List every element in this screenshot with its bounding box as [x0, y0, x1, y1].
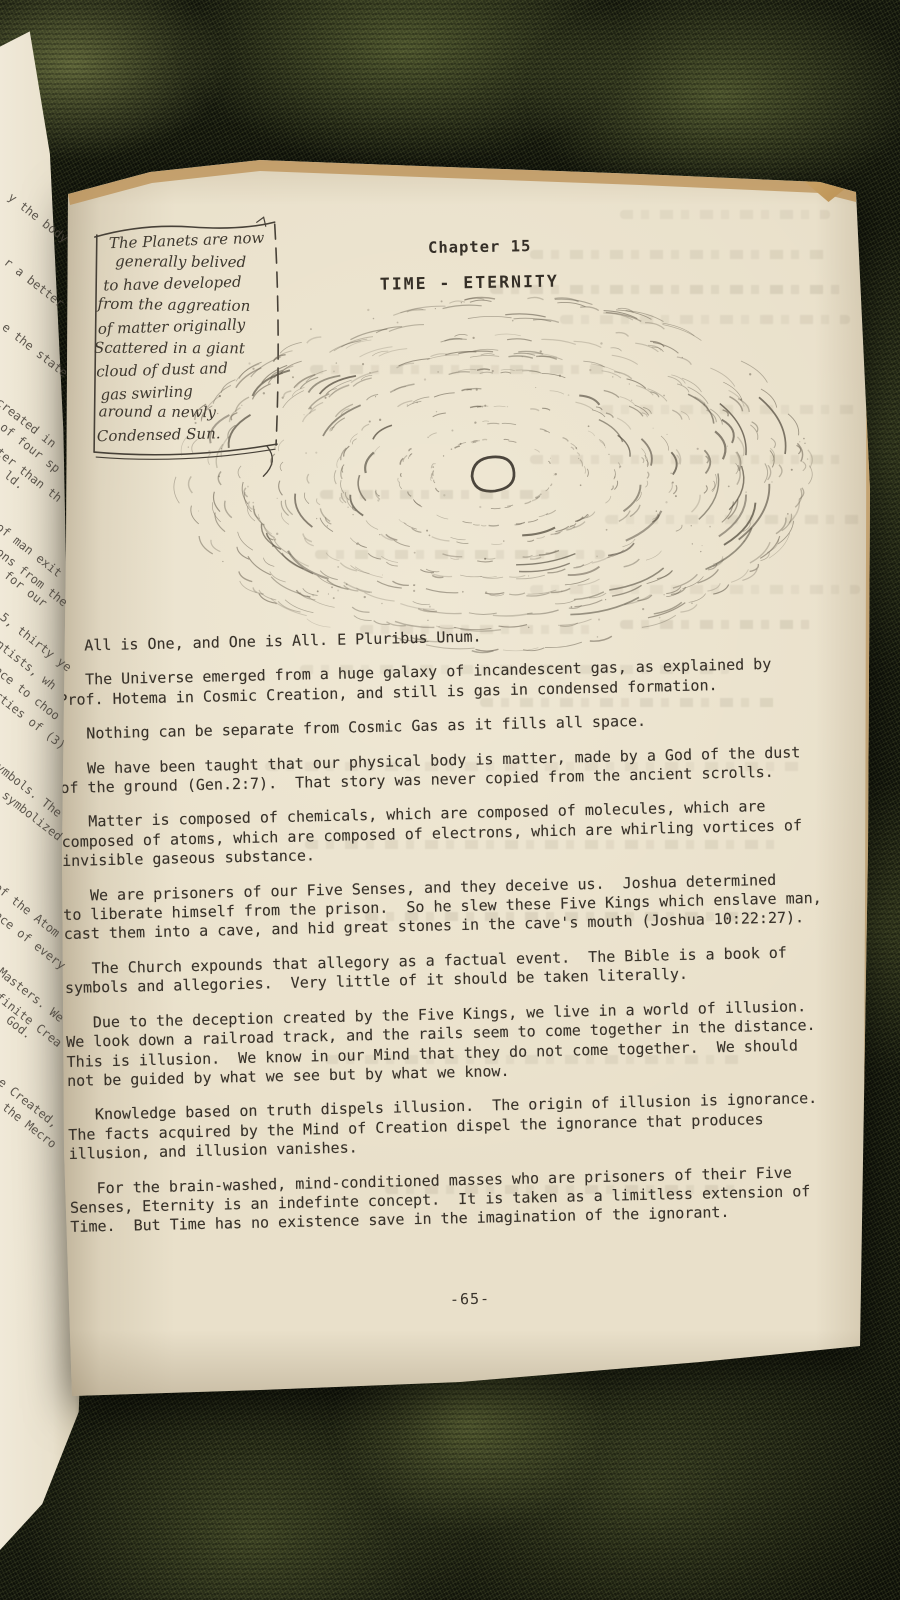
- nebula-dash: [460, 575, 482, 577]
- nebula-dash: [795, 488, 802, 507]
- paragraph: The Universe emerged from a huge galaxy …: [58, 653, 853, 710]
- nebula-dash: [507, 505, 513, 506]
- nebula-dash: [307, 474, 309, 484]
- nebula-swirl-stroke: [599, 419, 623, 442]
- nebula-dash: [676, 525, 682, 531]
- nebula-dot: [305, 452, 307, 454]
- nebula-dash: [280, 462, 283, 471]
- condensed-sun-circle: [472, 457, 515, 492]
- nebula-dash: [362, 424, 370, 430]
- nebula-swirl-stroke: [728, 466, 744, 510]
- nebula-dot: [441, 300, 443, 302]
- nebula-dash: [273, 351, 292, 362]
- nebula-dash: [454, 334, 467, 336]
- nebula-dash: [450, 537, 465, 540]
- nebula-dot: [461, 302, 462, 303]
- nebula-dash: [379, 349, 408, 357]
- nebula-dash: [259, 593, 276, 603]
- nebula-dot: [369, 420, 371, 422]
- nebula-dot: [195, 422, 197, 424]
- nebula-dash: [331, 418, 345, 431]
- nebula-dash: [392, 581, 408, 586]
- nebula-dash: [264, 524, 275, 538]
- nebula-dash: [650, 392, 658, 398]
- nebula-dot: [663, 594, 664, 595]
- nebula-dash: [393, 310, 426, 316]
- nebula-dot: [443, 455, 444, 456]
- nebula-dash: [533, 319, 559, 323]
- nebula-dash: [463, 521, 472, 523]
- nebula-dash: [399, 519, 406, 524]
- nebula-dot: [555, 473, 557, 475]
- nebula-dash: [764, 463, 768, 482]
- nebula-dash: [504, 439, 509, 440]
- nebula-dot: [217, 413, 218, 414]
- nebula-dash: [736, 463, 739, 474]
- nebula-dash: [505, 506, 511, 507]
- nebula-dash: [355, 566, 383, 578]
- nebula-dot: [653, 428, 654, 429]
- nebula-dot: [600, 342, 602, 344]
- nebula-swirl-stroke: [618, 435, 631, 457]
- bleedthrough-stripe: [320, 490, 550, 499]
- nebula-swirl-stroke: [568, 567, 600, 575]
- nebula-dash: [433, 471, 434, 476]
- nebula-dash: [502, 423, 516, 425]
- nebula-dot: [434, 463, 435, 464]
- nebula-dash: [334, 339, 368, 351]
- nebula-dot: [303, 414, 304, 415]
- nebula-dash: [340, 562, 357, 571]
- nebula-dash: [491, 508, 501, 509]
- page-content: The Planets are nowgenerally belivedto h…: [60, 150, 875, 1405]
- nebula-dash: [677, 384, 689, 393]
- nebula-dot: [803, 438, 805, 440]
- nebula-dash: [472, 442, 476, 443]
- nebula-swirl-stroke: [522, 528, 555, 536]
- nebula-dot: [598, 618, 600, 620]
- nebula-dash: [390, 384, 415, 392]
- nebula-dot: [382, 574, 383, 575]
- paragraph: We have been taught that our physical bo…: [60, 742, 855, 799]
- nebula-dash: [509, 575, 525, 577]
- nebula-swirl-stroke: [295, 493, 313, 527]
- nebula-dash: [494, 406, 506, 407]
- nebula-dash: [352, 607, 369, 613]
- nebula-dash: [576, 561, 593, 566]
- nebula-dash: [285, 599, 313, 613]
- nebula-dash: [407, 401, 422, 406]
- nebula-dot: [429, 535, 431, 537]
- nebula-dash: [188, 476, 192, 493]
- nebula-dot: [348, 507, 349, 508]
- nebula-dot: [791, 469, 793, 471]
- nebula-dash: [308, 394, 329, 409]
- nebula-dash: [614, 469, 616, 479]
- nebula-dash: [645, 481, 648, 487]
- nebula-dash: [682, 378, 702, 393]
- nebula-dot: [709, 526, 711, 528]
- nebula-dot: [631, 400, 632, 401]
- nebula-dot: [188, 446, 189, 447]
- nebula-dash: [677, 357, 691, 365]
- nebula-dash: [808, 466, 812, 485]
- paragraph: Matter is composed of chemicals, which a…: [61, 795, 856, 871]
- nebula-dash: [542, 408, 550, 410]
- nebula-dash: [302, 409, 316, 422]
- nebula-dash: [573, 565, 584, 568]
- nebula-dash: [469, 612, 497, 614]
- nebula-dot: [472, 337, 474, 339]
- nebula-dash: [238, 466, 241, 478]
- nebula-dash: [181, 434, 190, 456]
- nebula-dash: [393, 540, 409, 547]
- nebula-dash: [616, 332, 629, 336]
- nebula-dash: [320, 518, 333, 532]
- nebula-dot: [247, 486, 249, 488]
- nebula-dash: [307, 595, 335, 608]
- nebula-dot: [667, 434, 668, 435]
- nebula-dash: [648, 345, 661, 351]
- nebula-dot: [373, 318, 375, 320]
- nebula-dash: [710, 368, 735, 387]
- nebula-dash: [437, 515, 449, 520]
- nebula-dash: [248, 556, 271, 575]
- nebula-dot: [642, 608, 644, 610]
- nebula-dot: [451, 429, 453, 431]
- nebula-dot: [276, 533, 278, 535]
- nebula-dash: [271, 576, 300, 594]
- nebula-dash: [544, 431, 549, 433]
- nebula-dash: [213, 385, 231, 403]
- nebula-dash: [653, 342, 678, 354]
- nebula-dash: [443, 305, 482, 309]
- nebula-dot: [745, 491, 746, 492]
- nebula-dash: [191, 506, 199, 525]
- nebula-dot: [331, 586, 333, 588]
- nebula-dash: [398, 478, 399, 482]
- nebula-dot: [670, 473, 671, 474]
- nebula-dot: [429, 606, 431, 608]
- nebula-dot: [377, 499, 379, 501]
- nebula-dash: [546, 510, 556, 515]
- nebula-dash: [650, 341, 664, 347]
- nebula-dash: [580, 307, 599, 311]
- nebula-dash: [509, 441, 517, 443]
- nebula-dash: [731, 569, 749, 582]
- bleedthrough-stripe: [530, 250, 830, 259]
- nebula-dash: [778, 521, 794, 544]
- nebula-dash: [296, 375, 315, 387]
- nebula-dash: [433, 413, 446, 417]
- spiral-nebula-drawing: [161, 282, 822, 665]
- bleedthrough-stripe: [560, 315, 850, 324]
- nebula-swirl-stroke: [698, 473, 719, 519]
- nebula-dash: [273, 355, 285, 362]
- nebula-dash: [350, 329, 387, 340]
- nebula-dash: [647, 472, 649, 479]
- nebula-dash: [399, 482, 402, 489]
- nebula-swirl-stroke: [365, 452, 374, 473]
- nebula-dash: [174, 477, 180, 504]
- nebula-dot: [364, 596, 366, 598]
- nebula-dot: [336, 362, 338, 364]
- nebula-dot: [659, 617, 661, 619]
- nebula-dash: [264, 558, 275, 567]
- paragraph: Due to the deception created by the Five…: [66, 996, 862, 1092]
- nebula-dash: [413, 499, 421, 506]
- nebula-dot: [629, 383, 630, 384]
- nebula-dot: [324, 397, 326, 399]
- nebula-dot: [379, 534, 380, 535]
- nebula-dash: [342, 465, 345, 473]
- nebula-dash: [588, 431, 595, 436]
- page-number: -65-: [370, 1288, 570, 1311]
- nebula-dash: [458, 443, 466, 446]
- nebula-dash: [307, 618, 331, 627]
- nebula-dash: [663, 323, 695, 337]
- nebula-dash: [611, 486, 613, 490]
- nebula-dot: [665, 501, 667, 503]
- nebula-dash: [213, 492, 220, 512]
- nebula-dot: [580, 484, 582, 486]
- nebula-dash: [432, 536, 450, 541]
- nebula-dash: [570, 523, 576, 526]
- nebula-dash: [527, 297, 543, 300]
- nebula-dash: [386, 562, 397, 566]
- nebula-dash: [771, 438, 776, 448]
- nebula-dash: [412, 528, 422, 532]
- paragraph: We are prisoners of our Five Senses, and…: [63, 869, 858, 945]
- nebula-dot: [460, 443, 462, 445]
- nebula-dash: [211, 540, 221, 552]
- photo-of-open-book: The Planets are nowgenerally belivedto h…: [0, 0, 900, 1600]
- nebula-dash: [482, 439, 487, 440]
- nebula-dash: [279, 481, 283, 496]
- nebula-dash: [673, 485, 677, 494]
- nebula-dot: [692, 543, 693, 544]
- nebula-dash: [258, 514, 271, 535]
- nebula-dash: [225, 501, 232, 518]
- nebula-dash: [550, 484, 552, 486]
- nebula-dash: [624, 559, 640, 567]
- nebula-dash: [495, 334, 521, 336]
- nebula-dash: [481, 525, 486, 526]
- nebula-dash: [278, 440, 284, 451]
- nebula-dash: [470, 300, 492, 302]
- nebula-dash: [491, 544, 502, 545]
- nebula-dot: [479, 506, 481, 508]
- nebula-dot: [606, 529, 608, 531]
- nebula-dot: [263, 392, 265, 394]
- nebula-dot: [241, 405, 242, 406]
- nebula-swirl-stroke: [319, 376, 356, 394]
- nebula-dash: [587, 469, 588, 477]
- nebula-dash: [397, 401, 412, 407]
- nebula-dot: [691, 603, 692, 604]
- nebula-dash: [248, 501, 252, 509]
- nebula-dash: [527, 540, 534, 542]
- nebula-dot: [274, 446, 276, 448]
- bleedthrough-stripe: [315, 550, 605, 559]
- nebula-dot: [435, 308, 436, 309]
- nebula-dash: [192, 439, 198, 453]
- nebula-dash: [434, 393, 455, 397]
- nebula-dash: [530, 409, 539, 411]
- nebula-dash: [528, 519, 538, 522]
- nebula-dash: [455, 446, 460, 448]
- nebula-dash: [741, 361, 767, 383]
- nebula-dash: [646, 551, 662, 560]
- nebula-dash: [669, 482, 673, 492]
- nebula-dash: [431, 473, 432, 478]
- nebula-dash: [536, 536, 544, 538]
- nebula-dash: [571, 447, 574, 450]
- nebula-dot: [310, 328, 312, 330]
- nebula-dot: [663, 395, 665, 397]
- nebula-dash: [614, 481, 618, 490]
- nebula-dot: [381, 603, 382, 604]
- nebula-dot: [462, 591, 464, 593]
- nebula-dash: [611, 348, 622, 352]
- nebula-dot: [352, 514, 353, 515]
- nebula-dash: [303, 533, 312, 542]
- nebula-swirl-stroke: [623, 485, 641, 512]
- nebula-dot: [749, 373, 751, 375]
- nebula-dot: [379, 419, 381, 421]
- nebula-dash: [481, 353, 495, 355]
- nebula-dash: [661, 436, 669, 451]
- nebula-dash: [316, 498, 320, 504]
- nebula-dash: [477, 561, 493, 562]
- nebula-dot: [540, 350, 542, 352]
- nebula-dot: [427, 620, 428, 621]
- nebula-dot: [424, 378, 426, 380]
- nebula-dot: [315, 452, 317, 454]
- nebula-dot: [612, 376, 614, 378]
- nebula-dash: [617, 418, 631, 430]
- nebula-dash: [508, 356, 532, 359]
- nebula-dash: [359, 347, 392, 357]
- nebula-dot: [451, 448, 453, 450]
- nebula-dash: [473, 524, 480, 525]
- nebula-dash: [410, 454, 412, 457]
- body-text: All is One, and One is All. E Pluribus U…: [57, 619, 865, 1253]
- nebula-dash: [485, 593, 504, 595]
- nebula-dash: [343, 446, 349, 456]
- bleedthrough-stripe: [620, 210, 830, 219]
- nebula-dash: [253, 587, 263, 594]
- nebula-dash: [540, 429, 547, 432]
- nebula-dash: [334, 470, 336, 484]
- paragraph: For the brain-washed, mind-conditioned m…: [69, 1161, 864, 1237]
- nebula-dash: [574, 600, 602, 607]
- nebula-dash: [303, 588, 318, 596]
- nebula-dash: [329, 385, 350, 397]
- nebula-dash: [201, 396, 220, 420]
- nebula-dash: [662, 324, 701, 341]
- nebula-dash: [605, 496, 611, 503]
- nebula-dash: [760, 536, 780, 558]
- nebula-dot: [427, 436, 429, 438]
- nebula-dot: [337, 589, 339, 591]
- nebula-dash: [364, 592, 394, 602]
- nebula-dot: [327, 525, 328, 526]
- nebula-dash: [612, 355, 638, 365]
- nebula-dot: [702, 545, 703, 546]
- nebula-dash: [389, 325, 424, 332]
- nebula-dot: [292, 376, 294, 378]
- nebula-dash: [557, 302, 585, 307]
- nebula-dot: [512, 320, 514, 322]
- nebula-dot: [426, 530, 428, 532]
- nebula-dash: [218, 472, 221, 485]
- nebula-dot: [252, 502, 254, 504]
- nebula-dot: [328, 593, 329, 594]
- nebula-dash: [320, 570, 338, 580]
- nebula-dash: [366, 394, 378, 400]
- nebula-dash: [280, 342, 302, 353]
- nebula-dash: [284, 391, 292, 397]
- nebula-dot: [248, 362, 250, 364]
- nebula-dash: [270, 571, 286, 582]
- nebula-dot: [771, 481, 772, 482]
- nebula-dash: [505, 313, 545, 317]
- nebula-dot: [222, 561, 223, 562]
- nebula-dash: [704, 485, 708, 493]
- nebula-dot: [337, 566, 339, 568]
- nebula-dot: [252, 368, 254, 370]
- book-page: The Planets are nowgenerally belivedto h…: [60, 150, 875, 1405]
- nebula-dash: [680, 604, 697, 612]
- nebula-dash: [449, 301, 465, 303]
- nebula-dash: [239, 571, 252, 582]
- nebula-dash: [426, 569, 439, 572]
- nebula-dash: [490, 595, 504, 597]
- nebula-dash: [337, 457, 341, 468]
- nebula-dash: [366, 520, 378, 530]
- nebula-dash: [285, 500, 292, 515]
- nebula-dash: [215, 512, 225, 532]
- nebula-dash: [482, 421, 489, 422]
- nebula-dash: [350, 434, 358, 443]
- nebula-dash: [574, 341, 602, 348]
- nebula-dash: [413, 601, 430, 605]
- nebula-dot: [588, 425, 590, 427]
- nebula-dash: [414, 500, 422, 507]
- nebula-dash: [489, 525, 499, 526]
- nebula-dot: [700, 551, 701, 552]
- nebula-dash: [259, 590, 276, 601]
- nebula-dash: [691, 495, 700, 512]
- nebula-dash: [462, 389, 472, 391]
- nebula-dash: [374, 446, 380, 455]
- nebula-dash: [327, 580, 349, 590]
- nebula-dash: [788, 414, 799, 436]
- nebula-dash: [779, 465, 782, 477]
- bleedthrough-stripe: [530, 455, 850, 464]
- nebula-dash: [403, 455, 407, 462]
- nebula-dash: [541, 339, 575, 345]
- nebula-dash: [604, 390, 619, 398]
- nebula-dash: [400, 473, 401, 477]
- nebula-dash: [470, 355, 499, 357]
- nebula-dash: [212, 502, 220, 522]
- nebula-dash: [509, 593, 525, 595]
- nebula-dot: [367, 309, 369, 311]
- nebula-dash: [468, 316, 512, 319]
- nebula-dash: [575, 402, 593, 410]
